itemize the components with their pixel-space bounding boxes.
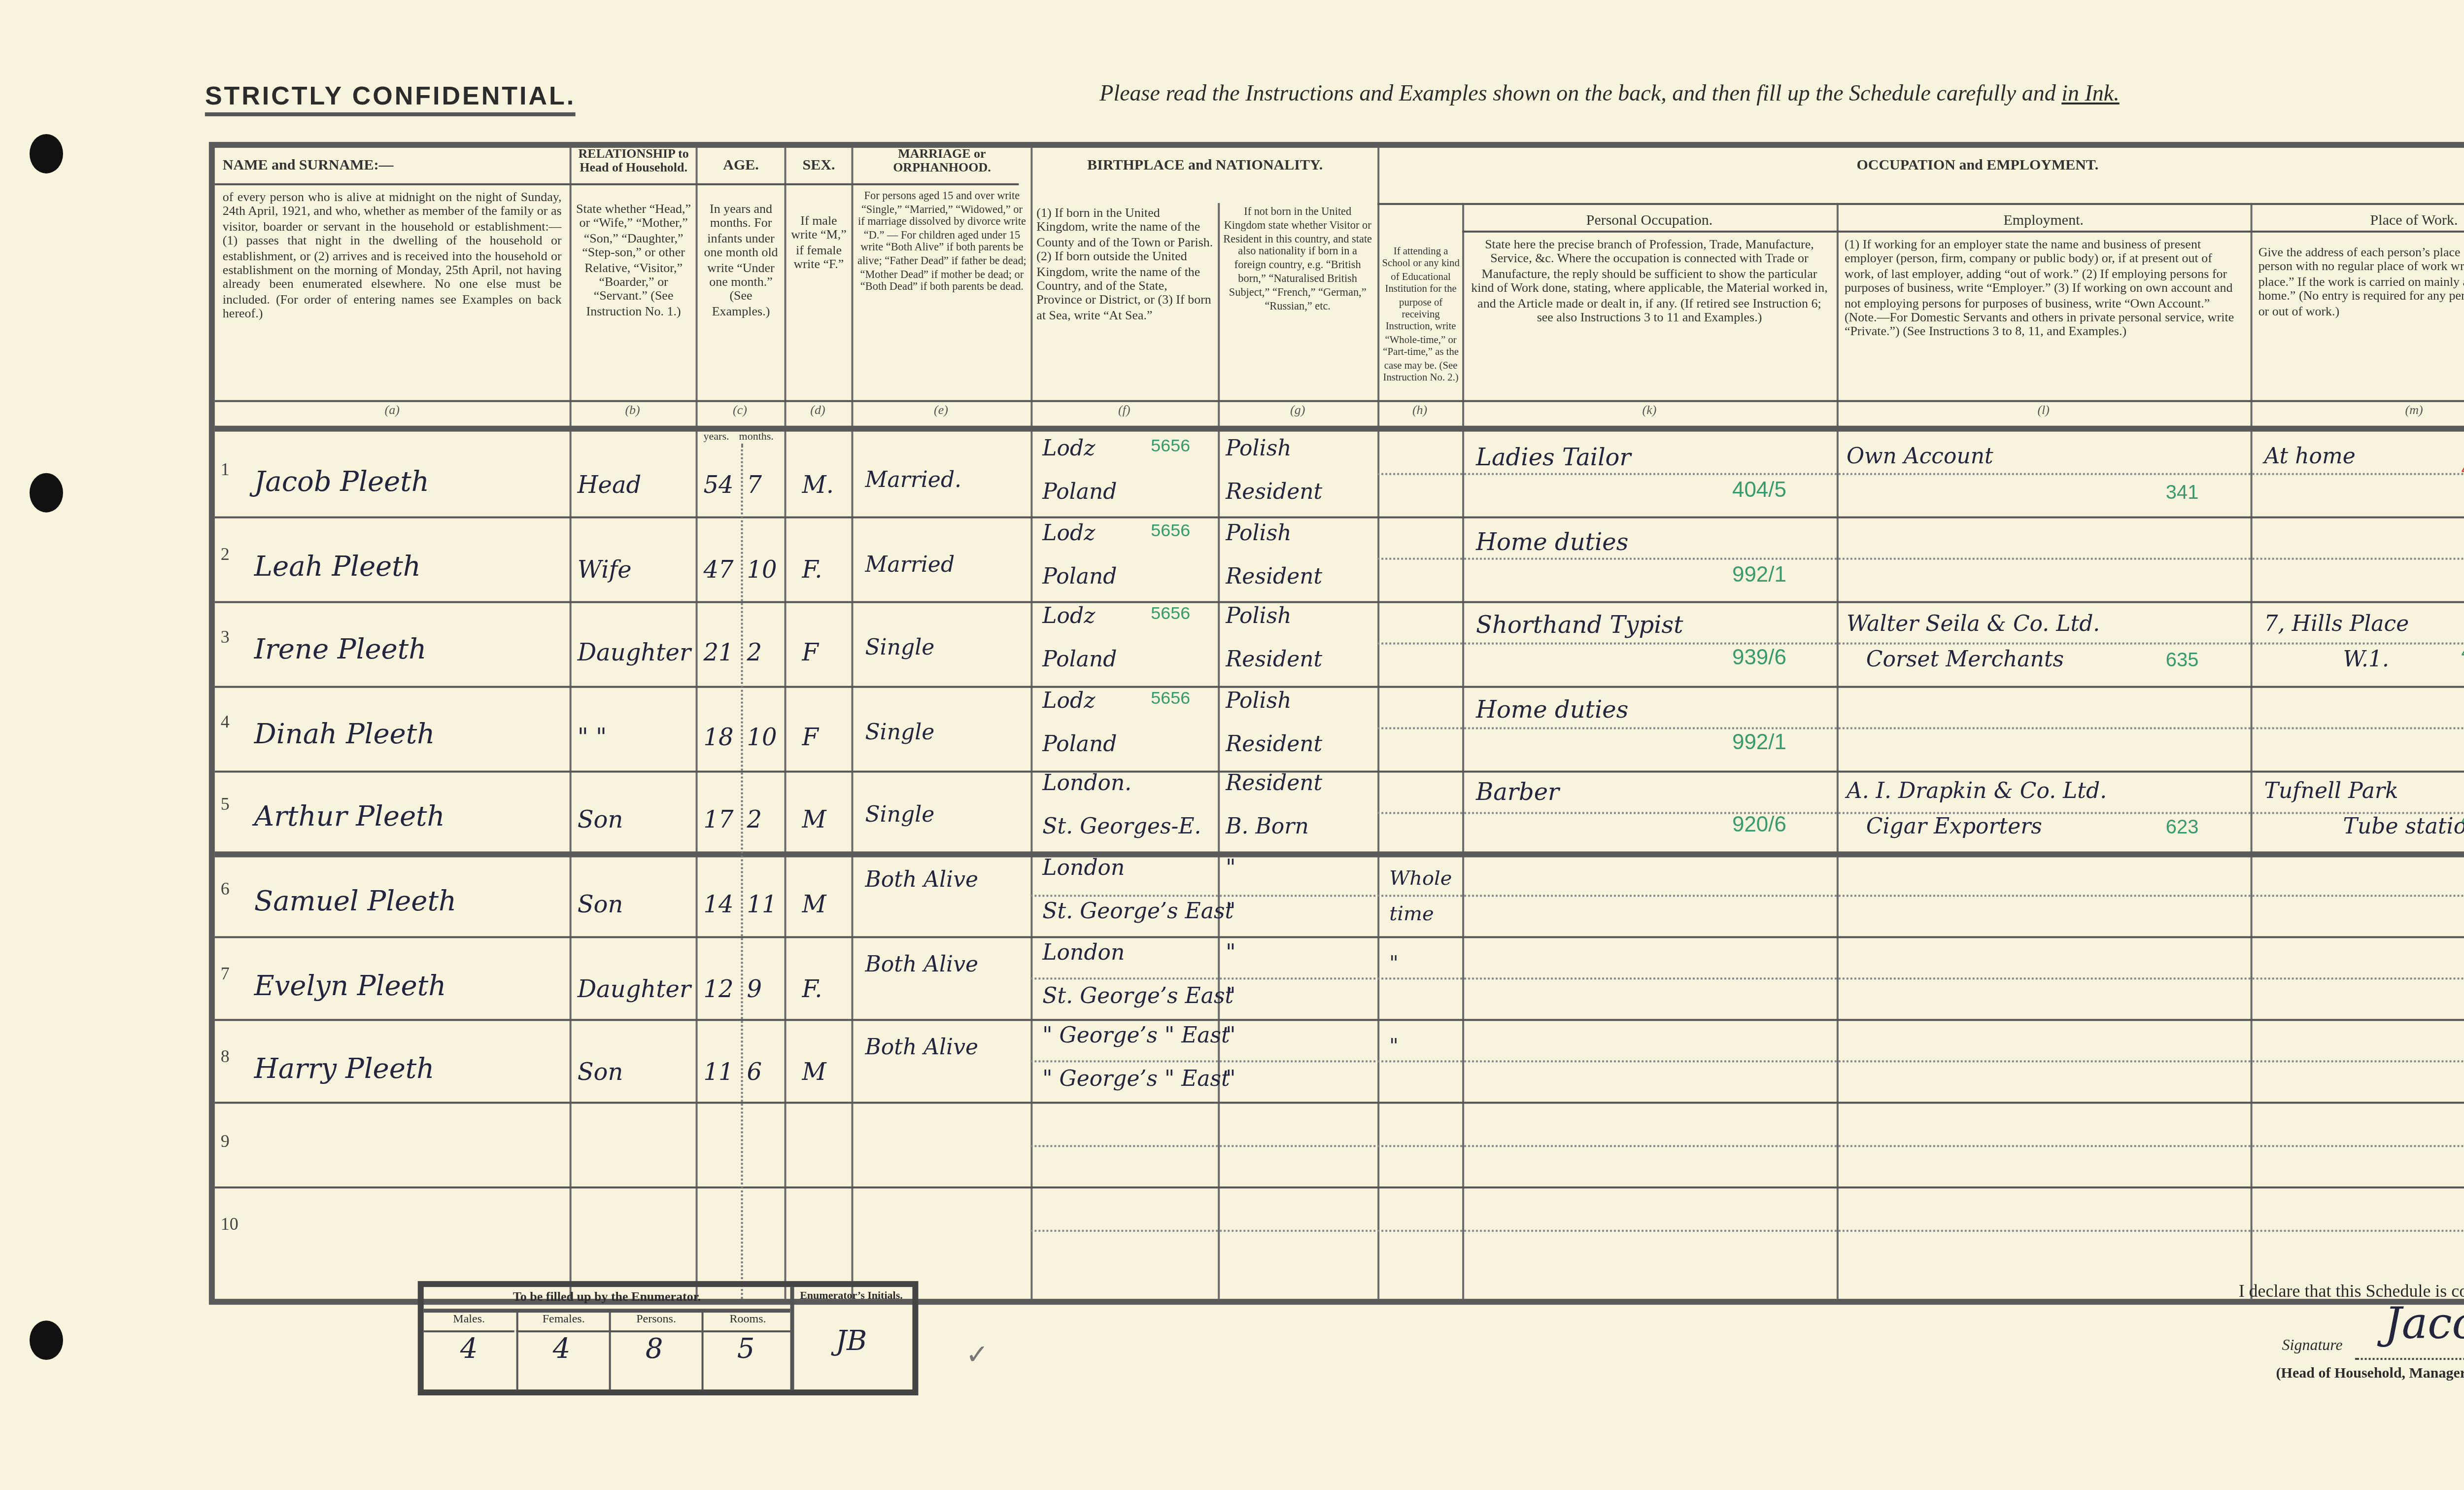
col-divider — [1377, 148, 1379, 1299]
row-number: 5 — [221, 795, 230, 815]
col-letter: (m) — [2251, 404, 2464, 418]
relationship[interactable]: " " — [578, 723, 607, 751]
col-letter: (b) — [570, 404, 696, 418]
col-k-instructions: State here the precise branch of Profess… — [1470, 239, 1829, 396]
birthplace-line1[interactable]: London. — [1042, 771, 1131, 797]
nationality-line1[interactable]: Polish — [1226, 688, 1291, 713]
person-name[interactable]: Harry Pleeth — [254, 1055, 435, 1086]
males-count[interactable]: 4 — [424, 1334, 514, 1366]
person-name[interactable]: Dinah Pleeth — [254, 719, 435, 751]
marriage-status[interactable]: Married. — [865, 467, 1023, 493]
punch-hole — [30, 134, 63, 173]
marriage-status[interactable]: Single — [865, 719, 1023, 745]
enumerator-counts-box: To be filled up by the Enumerator. Enume… — [418, 1281, 919, 1395]
check-mark-icon: ✓ — [965, 1340, 989, 1374]
col-e-instructions: For persons aged 15 and over write “Sing… — [857, 191, 1027, 396]
col-c-head: AGE. — [698, 156, 785, 173]
relationship[interactable]: Son — [578, 807, 623, 834]
col-letter: (d) — [785, 404, 852, 418]
birthplace-code: 5656 — [1151, 520, 1190, 539]
age-years[interactable]: 54 — [704, 471, 734, 499]
rooms-label: Rooms. — [702, 1311, 792, 1332]
employer-business[interactable]: Cigar Exporters — [1866, 815, 2042, 840]
col-f-instructions: (1) If born in the United Kingdom, write… — [1036, 207, 1214, 396]
nationality-line1[interactable]: " — [1226, 1023, 1235, 1049]
punch-hole — [30, 473, 63, 513]
place-of-work-code: 4210 — [2462, 811, 2464, 832]
place-of-work-line2[interactable]: W.1. — [2343, 647, 2389, 672]
place-of-work-code: 4350 — [2462, 643, 2464, 664]
col-a-instructions: of every person who is alive at midnight… — [223, 191, 562, 396]
birthplace-line2[interactable]: Poland — [1042, 479, 1117, 505]
place-of-work[interactable]: Tufnell Park — [2264, 779, 2398, 805]
personal-occupation[interactable]: Ladies Tailor — [1476, 444, 1631, 471]
form-title: STRICTLY CONFIDENTIAL. — [205, 81, 576, 116]
person-name[interactable]: Evelyn Pleeth — [254, 971, 446, 1003]
person-name[interactable]: Jacob Pleeth — [254, 467, 429, 499]
nationality-line2[interactable]: Resident — [1226, 647, 1322, 672]
row-number: 9 — [221, 1131, 230, 1150]
relationship[interactable]: Daughter — [578, 639, 691, 666]
col-m-head: Place of Work. — [2251, 211, 2464, 229]
sex[interactable]: M — [802, 1059, 826, 1086]
col-letter: (l) — [1837, 404, 2251, 418]
females-count[interactable]: 4 — [516, 1334, 607, 1366]
col-l-instructions: (1) If working for an employer state the… — [1845, 239, 2243, 396]
col-divider — [1030, 148, 1032, 1299]
schooling[interactable]: Whole time — [1389, 863, 1460, 934]
row-number: 8 — [221, 1047, 230, 1067]
nationality-line1[interactable]: Polish — [1226, 603, 1291, 629]
col-a-head: NAME and SURNAME:— — [223, 156, 558, 173]
header-rule — [1377, 203, 2464, 205]
nationality-line1[interactable]: " — [1226, 939, 1235, 965]
relationship[interactable]: Head — [578, 471, 642, 499]
col-letter: (e) — [851, 404, 1030, 418]
birthplace-line1[interactable]: Lodz — [1042, 520, 1095, 545]
age-months[interactable]: 2 — [747, 807, 762, 834]
body-rule — [215, 426, 2464, 432]
age-years[interactable]: 12 — [704, 975, 734, 1003]
col-letter: (g) — [1218, 404, 1377, 418]
birthplace-line2[interactable]: St. George’s East — [1042, 899, 1233, 924]
age-months-label: months. — [739, 432, 774, 444]
occupation-code: 920/6 — [1732, 815, 1786, 838]
schooling[interactable]: " — [1389, 1031, 1460, 1067]
relationship[interactable]: Son — [578, 1059, 623, 1086]
household-table: NAME and SURNAME:— RELATIONSHIP to Head … — [209, 142, 2464, 1305]
age-months[interactable]: 2 — [747, 639, 762, 666]
occupation-code: 992/1 — [1732, 731, 1786, 755]
col-e-head: MARRIAGE or ORPHANHOOD. — [853, 148, 1030, 175]
signature-field[interactable]: Jacob Pleeth. — [2385, 1301, 2464, 1350]
nationality-line2[interactable]: Resident — [1226, 563, 1322, 589]
rooms-count[interactable]: 5 — [702, 1334, 790, 1366]
birthplace-line2[interactable]: St. George’s East — [1042, 983, 1233, 1008]
col-divider — [1218, 203, 1220, 1299]
col-d-instructions: If male write “M,” if female write “F.” — [790, 215, 848, 396]
occupation-code: 939/6 — [1732, 647, 1786, 670]
relationship[interactable]: Daughter — [578, 975, 691, 1003]
col-divider — [1462, 203, 1464, 1299]
nationality-line2[interactable]: Resident — [1226, 479, 1322, 505]
age-months[interactable]: 11 — [747, 891, 777, 918]
age-years-label: years. — [704, 432, 729, 444]
marriage-status[interactable]: Both Alive — [865, 867, 1023, 893]
age-years[interactable]: 11 — [704, 1059, 734, 1086]
col-m-instructions: Give the address of each person’s place … — [2259, 246, 2464, 396]
signature-line — [2355, 1358, 2464, 1360]
census-schedule-page: STRICTLY CONFIDENTIAL. Please read the I… — [0, 0, 2464, 1490]
col-divider — [570, 148, 572, 1299]
place-of-work[interactable]: 7, Hills Place — [2264, 611, 2409, 637]
punch-hole — [30, 1320, 63, 1360]
nationality-line2[interactable]: B. Born — [1226, 815, 1309, 840]
males-label: Males. — [424, 1311, 514, 1332]
signature-role: (Head of Household, Manager of Establish… — [2276, 1364, 2464, 1382]
col-letter: (c) — [696, 404, 785, 418]
row-number: 10 — [221, 1215, 239, 1235]
row-number: 4 — [221, 711, 230, 731]
occupation-code: 992/1 — [1732, 563, 1786, 587]
nationality-line1[interactable]: Polish — [1226, 436, 1291, 461]
row-number: 7 — [221, 963, 230, 983]
employment-code: 635 — [2166, 651, 2199, 672]
col-d-head: SEX. — [787, 156, 852, 173]
sex[interactable]: F. — [802, 975, 822, 1003]
instructions-ink: in Ink. — [2061, 83, 2120, 106]
birthplace-line1[interactable]: London — [1042, 855, 1125, 881]
col-k-head: Personal Occupation. — [1462, 211, 1837, 229]
row-number: 2 — [221, 543, 230, 563]
sex[interactable]: M. — [802, 471, 834, 499]
age-years[interactable]: 47 — [704, 555, 734, 583]
col-occ-head: OCCUPATION and EMPLOYMENT. — [1377, 156, 2464, 173]
birthplace-line1[interactable]: " George’s " East — [1042, 1023, 1230, 1049]
col-h-instructions: If attending a School or any kind of Edu… — [1381, 246, 1460, 396]
col-b-head: RELATIONSHIP to Head of Household. — [572, 148, 696, 175]
sex[interactable]: F. — [802, 555, 822, 583]
header-rule — [1462, 231, 2464, 233]
employment-code: 623 — [2166, 819, 2199, 840]
birthplace-code: 5656 — [1151, 603, 1190, 623]
occupation-code: 404/5 — [1732, 479, 1786, 503]
marriage-status[interactable]: Married — [865, 551, 1023, 577]
col-b-instructions: State whether “Head,” or “Wife,” “Mother… — [576, 203, 692, 396]
age-years[interactable]: 18 — [704, 723, 734, 751]
nationality-line1[interactable]: Polish — [1226, 520, 1291, 545]
birthplace-line1[interactable]: Lodz — [1042, 436, 1095, 461]
col-letter: (a) — [215, 404, 570, 418]
nationality-line2[interactable]: " — [1226, 983, 1235, 1008]
marriage-status[interactable]: Single — [865, 803, 1023, 829]
place-of-work[interactable]: At home — [2264, 444, 2356, 469]
personal-occupation[interactable]: Shorthand Typist — [1476, 611, 1683, 639]
relationship[interactable]: Son — [578, 891, 623, 918]
persons-label: Persons. — [609, 1311, 702, 1332]
col-fg-head: BIRTHPLACE and NATIONALITY. — [1032, 156, 1377, 173]
age-months[interactable]: 6 — [747, 1059, 762, 1086]
birthplace-code: 5656 — [1151, 436, 1190, 455]
nationality-line2[interactable]: " — [1226, 1067, 1235, 1092]
sex[interactable]: F — [802, 723, 819, 751]
age-years[interactable]: 17 — [704, 807, 734, 834]
employer-business[interactable]: Corset Merchants — [1866, 647, 2064, 672]
row-number: 6 — [221, 879, 230, 899]
personal-occupation[interactable]: Home duties — [1476, 527, 1628, 555]
enum-box-header: To be filled up by the Enumerator. — [424, 1287, 790, 1313]
birthplace-line2[interactable]: " George’s " East — [1042, 1067, 1230, 1092]
person-name[interactable]: Leah Pleeth — [254, 551, 421, 583]
letter-rule — [215, 400, 2464, 402]
col-divider — [2251, 203, 2253, 1299]
col-divider — [785, 148, 787, 1299]
row-number: 3 — [221, 627, 230, 647]
nationality-line2[interactable]: Resident — [1226, 731, 1322, 757]
row-number: 1 — [221, 459, 230, 479]
col-g-instructions: If not born in the United Kingdom state … — [1222, 207, 1373, 396]
birthplace-line2[interactable]: Poland — [1042, 647, 1117, 672]
nationality-line1[interactable]: " — [1226, 855, 1235, 881]
age-years[interactable]: 21 — [704, 639, 734, 666]
col-divider — [851, 148, 853, 1299]
marriage-status[interactable]: Both Alive — [865, 951, 1023, 977]
schooling[interactable]: " — [1389, 947, 1460, 983]
col-letter: (k) — [1462, 404, 1837, 418]
person-name[interactable]: Samuel Pleeth — [254, 887, 456, 918]
place-of-work-line2[interactable]: Tube station N.19 — [2343, 815, 2464, 840]
employer[interactable]: Walter Seila & Co. Ltd. — [1847, 611, 2100, 637]
col-divider — [696, 148, 698, 1299]
personal-occupation[interactable]: Barber — [1476, 779, 1559, 807]
enum-initials-label: Enumerator’s Initials. — [794, 1287, 909, 1309]
col-l-head: Employment. — [1837, 211, 2251, 229]
age-months[interactable]: 10 — [747, 555, 777, 583]
age-years[interactable]: 14 — [704, 891, 734, 918]
sex[interactable]: M — [802, 807, 826, 834]
instructions-text: Please read the Instructions and Example… — [1099, 83, 2061, 106]
age-months[interactable]: 10 — [747, 723, 777, 751]
persons-count[interactable]: 8 — [609, 1334, 700, 1366]
nationality-line1[interactable]: Resident — [1226, 771, 1322, 797]
birthplace-line2[interactable]: Poland — [1042, 563, 1117, 589]
declaration-text: I declare that this Schedule is correctl… — [2239, 1281, 2464, 1301]
years-months-divider — [741, 444, 743, 1299]
form-instructions: Please read the Instructions and Example… — [1099, 83, 2119, 106]
nationality-line2[interactable]: " — [1226, 899, 1235, 924]
marriage-status[interactable]: Both Alive — [865, 1035, 1023, 1061]
marriage-status[interactable]: Single — [865, 635, 1023, 660]
enumerator-initials[interactable]: JB — [794, 1326, 909, 1358]
birthplace-line1[interactable]: Lodz — [1042, 603, 1095, 629]
birthplace-line1[interactable]: Lodz — [1042, 688, 1095, 713]
age-months[interactable]: 9 — [747, 975, 762, 1003]
birthplace-line2[interactable]: Poland — [1042, 731, 1117, 757]
birthplace-line1[interactable]: London — [1042, 939, 1125, 965]
header-rule — [215, 183, 1019, 185]
age-months[interactable]: 7 — [747, 471, 762, 499]
birthplace-code: 5656 — [1151, 688, 1190, 707]
birthplace-line2[interactable]: St. Georges-E. — [1042, 815, 1201, 840]
sex[interactable]: F — [802, 639, 819, 666]
relationship[interactable]: Wife — [578, 555, 632, 583]
col-divider — [1837, 203, 1839, 1299]
females-label: Females. — [516, 1311, 609, 1332]
col-letter: (f) — [1030, 404, 1218, 418]
person-name[interactable]: Arthur Pleeth — [254, 803, 445, 834]
employer[interactable]: Own Account — [1847, 444, 1993, 469]
employer[interactable]: A. I. Drapkin & Co. Ltd. — [1847, 779, 2107, 805]
person-name[interactable]: Irene Pleeth — [254, 635, 426, 666]
col-c-instructions: In years and months. For infants under o… — [702, 203, 781, 396]
sex[interactable]: M — [802, 891, 826, 918]
signature-label: Signature — [2282, 1336, 2343, 1354]
place-of-work-code: 4258-05 — [2462, 459, 2464, 481]
employment-code: 341 — [2166, 483, 2199, 505]
personal-occupation[interactable]: Home duties — [1476, 695, 1628, 723]
scan-background: STRICTLY CONFIDENTIAL. Please read the I… — [0, 0, 2464, 1490]
col-letter: (h) — [1377, 404, 1462, 418]
